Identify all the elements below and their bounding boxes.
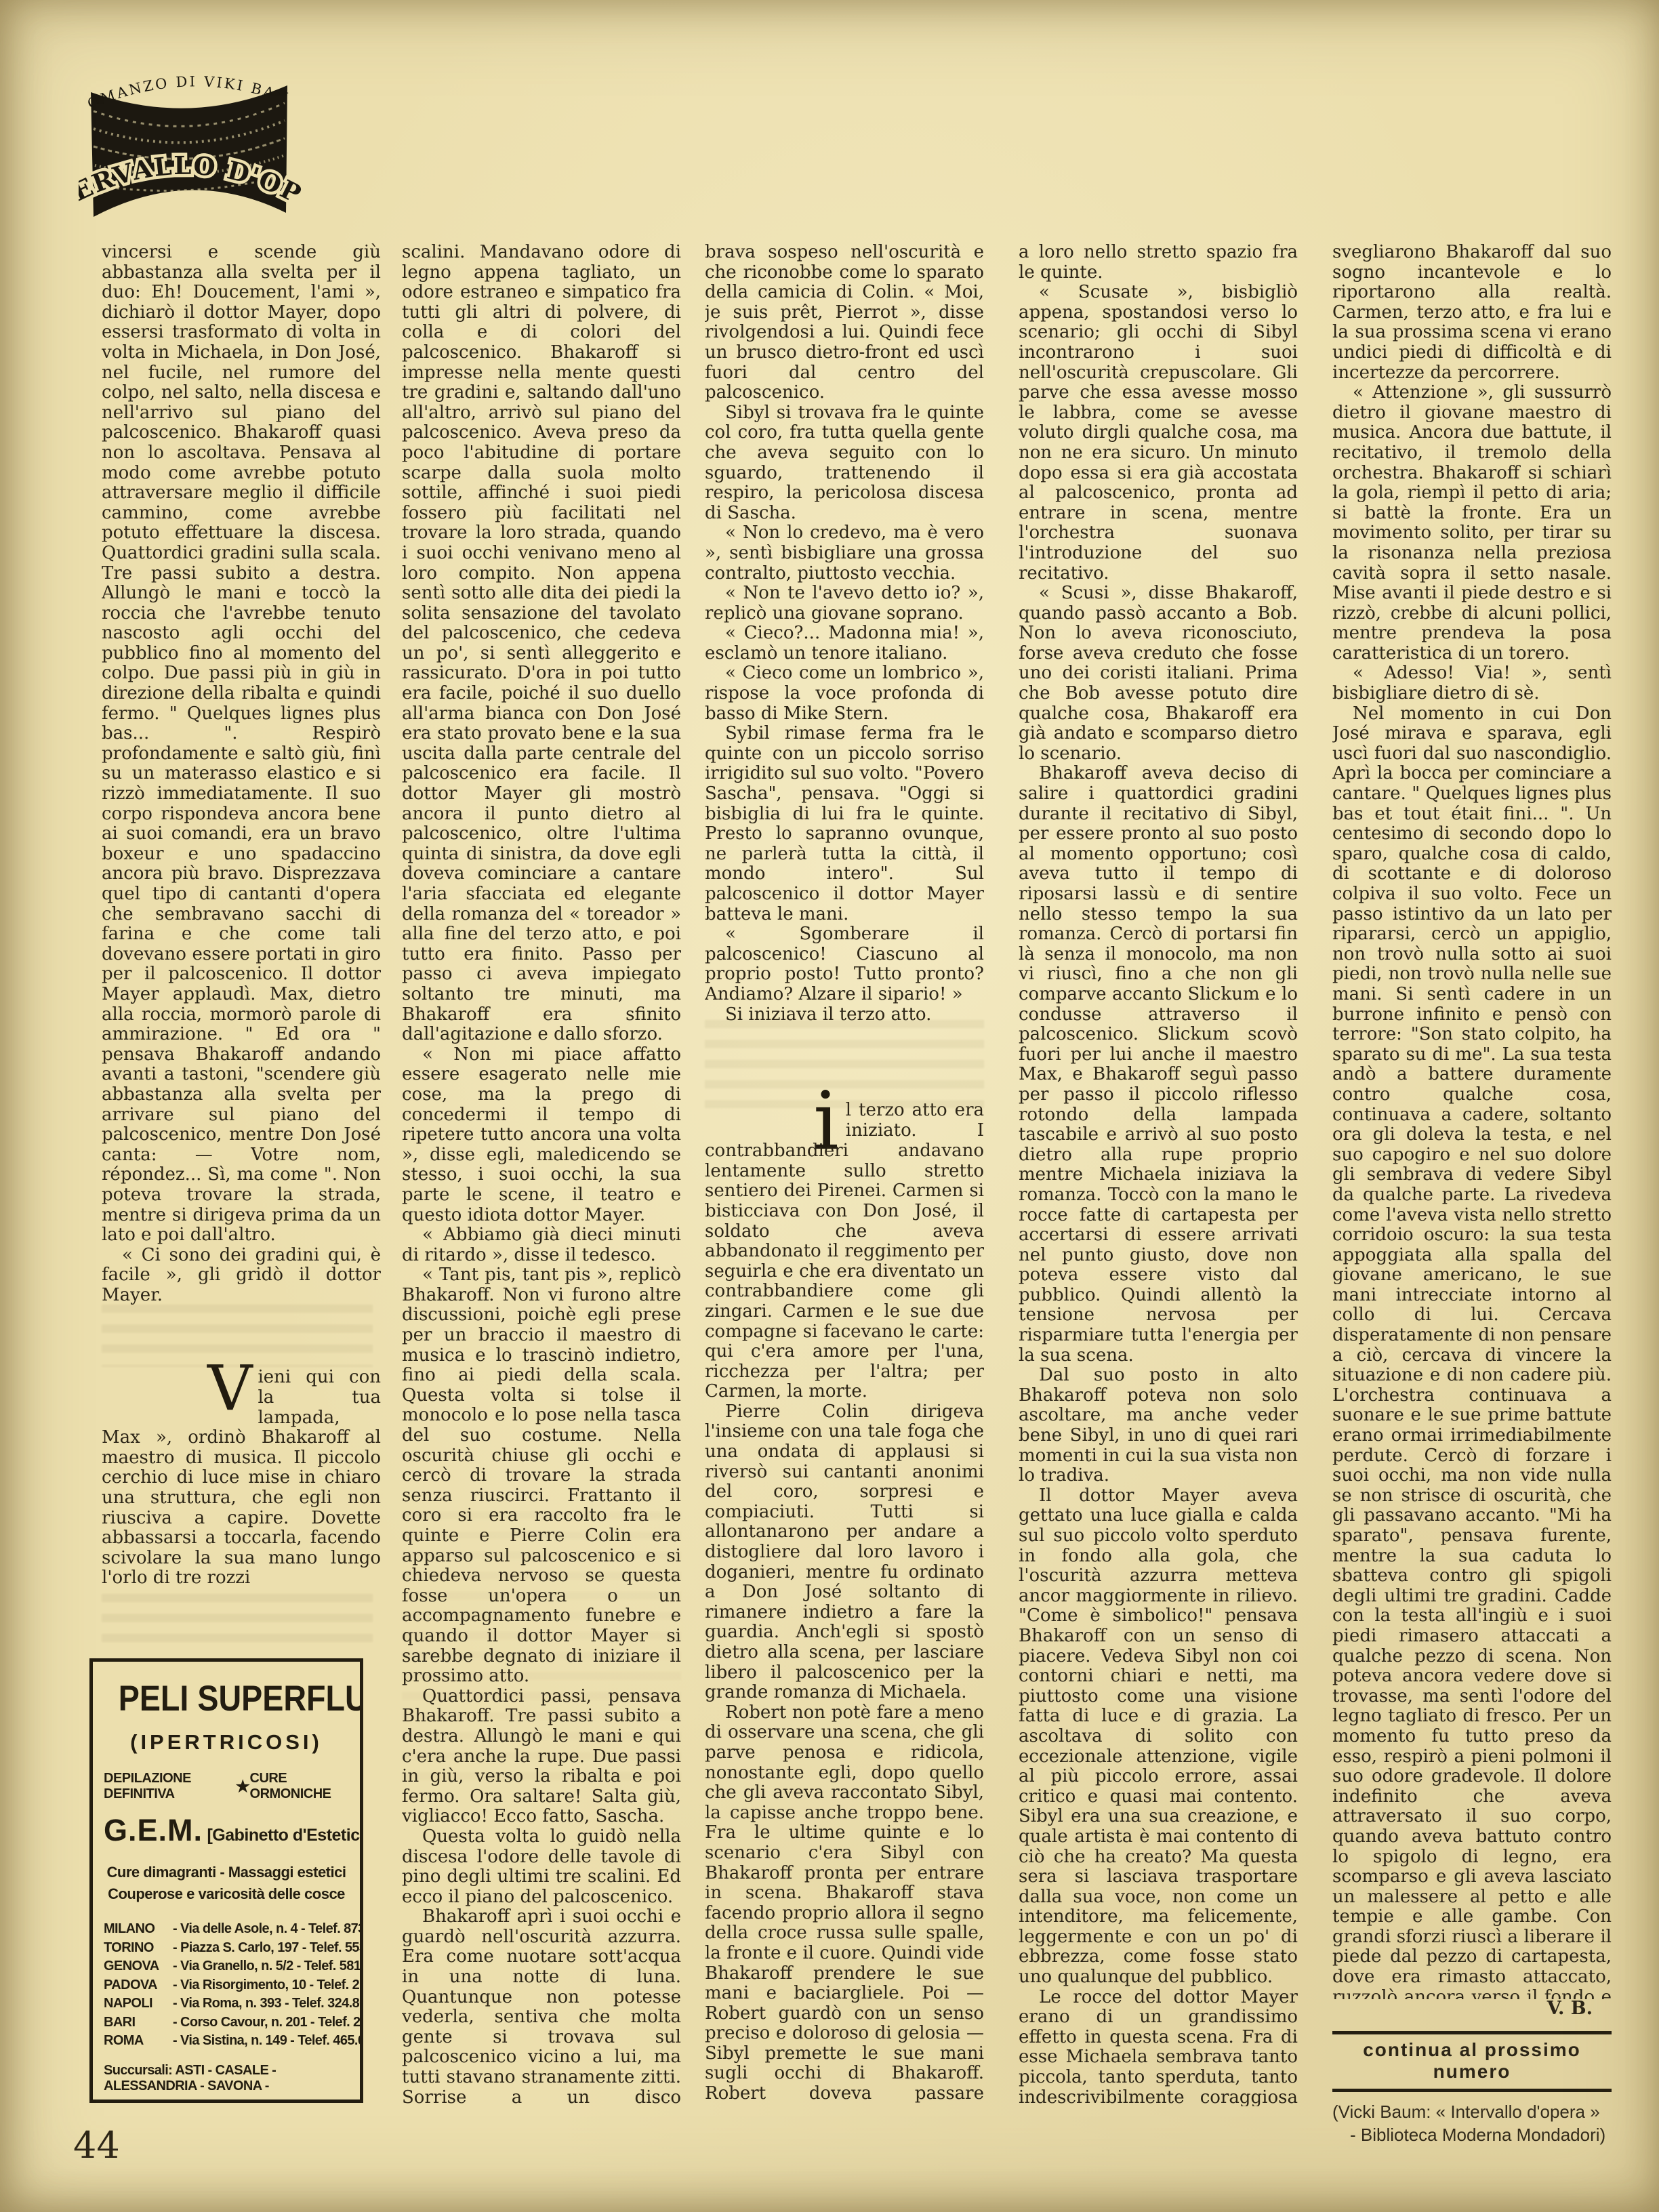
author-initials: V. B. bbox=[1332, 1998, 1612, 2019]
gem-depilation-ad: PELI SUPERFLUI (IPERTRICOSI) DEPILAZIONE… bbox=[89, 1658, 363, 2103]
ad-address-row: GENOVA- Via Granello, n. 5/2 - Telef. 58… bbox=[104, 1957, 349, 1976]
text-column-1: vincersi e scende giù abbastanza alla sv… bbox=[102, 243, 381, 1654]
magazine-page: ROMANZO DI VIKI BAUM INTERVALLO D'OPERA … bbox=[0, 0, 1659, 2212]
paragraph: scalini. Mandavano odore di legno appena… bbox=[402, 243, 681, 1045]
paragraph: « Abbiamo già dieci minuti di ritardo »,… bbox=[402, 1225, 681, 1265]
paragraph: « Cieco?... Madonna mia! », esclamò un t… bbox=[705, 623, 984, 663]
continua-banner: continua al prossimo numero bbox=[1332, 2031, 1612, 2092]
paragraph: « Tant pis, tant pis », replicò Bhakarof… bbox=[402, 1265, 681, 1686]
paragraph: « Non lo credevo, ma è vero », sentì bis… bbox=[705, 523, 984, 583]
ad-city: MILANO bbox=[104, 1920, 173, 1939]
paragraph: « Non mi piace affatto essere esagerato … bbox=[402, 1045, 681, 1225]
article-footer: V. B. continua al prossimo numero (Vicki… bbox=[1332, 1998, 1612, 2146]
text-column-4: a loro nello stretto spazio fra le quint… bbox=[1019, 243, 1298, 2106]
paragraph: Dal suo posto in alto Bhakaroff poteva n… bbox=[1019, 1366, 1298, 1486]
ad-address-row: TORINO- Piazza S. Carlo, 197 - Telef. 55… bbox=[104, 1939, 349, 1958]
ad-address-row: PADOVA- Via Risorgimento, 10 - Telef. 27… bbox=[104, 1976, 349, 1995]
ad-street-phone: - Corso Cavour, n. 201 - Telef. 232.838 bbox=[173, 2013, 363, 2032]
intervallo-dopera-logo: ROMANZO DI VIKI BAUM INTERVALLO D'OPERA bbox=[79, 53, 302, 233]
ad-address-row: MILANO- Via delle Asole, n. 4 - Telef. 8… bbox=[104, 1920, 349, 1939]
source-credit-line1: (Vicki Baum: « Intervallo d'opera » bbox=[1332, 2100, 1612, 2123]
text-column-3: brava sospeso nell'oscurità e che ricono… bbox=[705, 243, 984, 2106]
ad-street-phone: - Via Sistina, n. 149 - Telef. 465.008 bbox=[173, 2032, 363, 2051]
ad-street-phone: - Via Granello, n. 5/2 - Telef. 581.729 bbox=[173, 1957, 363, 1976]
ad-city: BARI bbox=[104, 2013, 173, 2032]
ad-street-phone: - Via Risorgimento, 10 - Telef. 27.965 bbox=[173, 1976, 363, 1995]
ad-brand-line: G.E.M. [Gabinetto d'Estetica Medica] bbox=[104, 1813, 349, 1848]
ad-subtitle: (IPERTRICOSI) bbox=[104, 1730, 349, 1755]
paragraph: Sybil rimase ferma fra le quinte con un … bbox=[705, 724, 984, 924]
ad-title: PELI SUPERFLUI bbox=[119, 1678, 335, 1719]
ad-city: GENOVA bbox=[104, 1957, 173, 1976]
paragraph: vincersi e scende giù abbastanza alla sv… bbox=[102, 243, 381, 1246]
ad-street-phone: - Via delle Asole, n. 4 - Telef. 873.959 bbox=[173, 1920, 363, 1939]
dropcap-indent-spacer bbox=[102, 1368, 207, 1408]
text-column-5: svegliarono Bhakaroff dal suo sogno inca… bbox=[1332, 243, 1612, 1999]
ad-branches: Succursali: ASTI - CASALE - ALESSANDRIA … bbox=[104, 2063, 349, 2094]
ad-street-phone: - Piazza S. Carlo, 197 - Telef. 553.703 bbox=[173, 1939, 363, 1958]
paragraph: « Cieco come un lombrico », rispose la v… bbox=[705, 663, 984, 724]
paragraph: brava sospeso nell'oscurità e che ricono… bbox=[705, 243, 984, 403]
dropcap-letter: V bbox=[207, 1368, 258, 1410]
paragraph: a loro nello stretto spazio fra le quint… bbox=[1019, 243, 1298, 283]
ad-address-list: MILANO- Via delle Asole, n. 4 - Telef. 8… bbox=[104, 1920, 349, 2051]
ad-postal-code: A. P. 3/3879/S bbox=[104, 2098, 349, 2104]
paragraph: Le rocce del dottor Mayer erano di un gr… bbox=[1019, 1988, 1298, 2106]
ad-city: NAPOLI bbox=[104, 1994, 173, 2013]
ad-city: ROMA bbox=[104, 2032, 173, 2051]
dropcap-letter: i bbox=[813, 1101, 846, 1141]
paragraph: « Non te l'avevo detto io? », replicò un… bbox=[705, 583, 984, 623]
paragraph: Il dottor Mayer aveva gettato una luce g… bbox=[1019, 1486, 1298, 1988]
text-column-2: scalini. Mandavano odore di legno appena… bbox=[402, 243, 681, 2106]
ad-treatment-left: DEPILAZIONE DEFINITIVA bbox=[104, 1771, 236, 1802]
ad-brand-suffix: [Gabinetto d'Estetica Medica] bbox=[203, 1826, 363, 1845]
star-icon: ★ bbox=[236, 1777, 250, 1797]
paragraph: Sibyl si trovava fra le quinte col coro,… bbox=[705, 403, 984, 524]
paragraph: Bhakaroff aprì i suoi occhi e guardò nel… bbox=[402, 1907, 681, 2106]
source-credit: (Vicki Baum: « Intervallo d'opera » - Bi… bbox=[1332, 2100, 1612, 2146]
paragraph: « Scusate », bisbigliò appena, spostando… bbox=[1019, 283, 1298, 583]
paragraph: « Adesso! Via! », sentì bisbigliare diet… bbox=[1332, 663, 1612, 703]
ad-treatment-right: CURE ORMONICHE bbox=[250, 1771, 349, 1802]
ad-street-phone: - Via Roma, n. 393 - Telef. 324.868 bbox=[173, 1994, 363, 2013]
paragraph: Robert non potè fare a meno di osservare… bbox=[705, 1703, 984, 2106]
paragraph: svegliarono Bhakaroff dal suo sogno inca… bbox=[1332, 243, 1612, 383]
ad-city: PADOVA bbox=[104, 1976, 173, 1995]
paragraph: « Attenzione », gli sussurrò dietro il g… bbox=[1332, 383, 1612, 663]
ad-services: Cure dimagranti - Massaggi estetici Coup… bbox=[104, 1862, 349, 1905]
paragraph: Vieni qui con la tua lampada, Max », ord… bbox=[102, 1368, 381, 1589]
paragraph: « Sgomberare il palcoscenico! Ciascuno a… bbox=[705, 924, 984, 1004]
ad-service-line: Couperose e varicosità delle cosce bbox=[104, 1883, 349, 1905]
paragraph: « Scusi », disse Bhakaroff, quando passò… bbox=[1019, 583, 1298, 764]
paragraph: il terzo atto era iniziato. I contrabban… bbox=[705, 1101, 984, 1402]
paragraph: Pierre Colin dirigeva l'insieme con una … bbox=[705, 1402, 984, 1703]
paragraph: Questa volta lo guidò nella discesa l'od… bbox=[402, 1827, 681, 1907]
paragraph: Bhakaroff aveva deciso di salire i quatt… bbox=[1019, 764, 1298, 1366]
source-credit-line2: - Biblioteca Moderna Mondadori) bbox=[1332, 2123, 1612, 2146]
ad-city: TORINO bbox=[104, 1939, 173, 1958]
ad-address-row: BARI- Corso Cavour, n. 201 - Telef. 232.… bbox=[104, 2013, 349, 2032]
ad-treatments-line: DEPILAZIONE DEFINITIVA ★ CURE ORMONICHE bbox=[104, 1771, 349, 1802]
dropcap-indent-spacer bbox=[705, 1101, 813, 1141]
page-number: 44 bbox=[73, 2124, 120, 2167]
ad-address-row: NAPOLI- Via Roma, n. 393 - Telef. 324.86… bbox=[104, 1994, 349, 2013]
ad-address-row: ROMA- Via Sistina, n. 149 - Telef. 465.0… bbox=[104, 2032, 349, 2051]
ad-brand: G.E.M. bbox=[104, 1813, 203, 1847]
paragraph: Si iniziava il terzo atto. bbox=[705, 1005, 984, 1025]
paragraph: Quattordici passi, pensava Bhakaroff. Tr… bbox=[402, 1687, 681, 1827]
paragraph: Nel momento in cui Don José mirava e spa… bbox=[1332, 704, 1612, 1999]
paragraph: « Ci sono dei gradini qui, è facile », g… bbox=[102, 1246, 381, 1306]
ad-service-line: Cure dimagranti - Massaggi estetici bbox=[104, 1862, 349, 1883]
